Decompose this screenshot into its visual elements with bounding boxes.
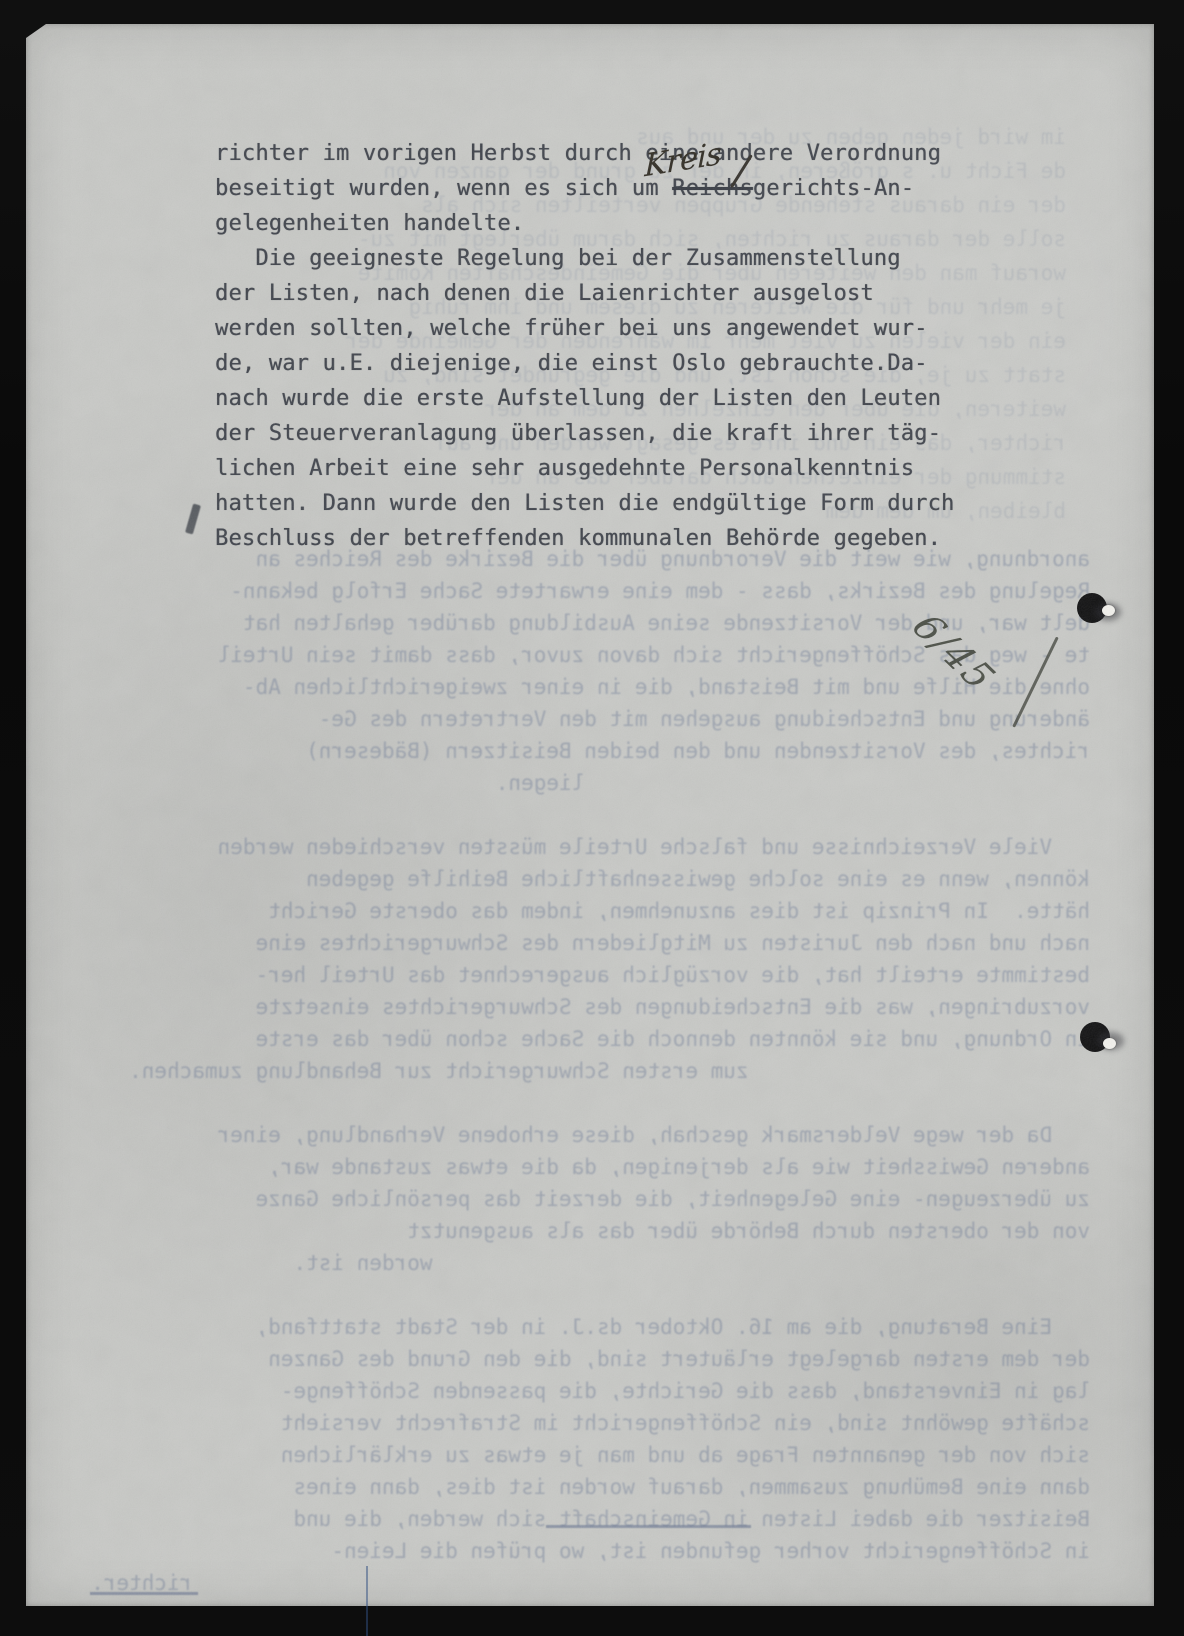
typed-line: beseitigt wurden, wenn es sich um Reichs…	[215, 171, 954, 206]
punch-hole-top	[1077, 593, 1107, 623]
scan-edge-line-artifact	[366, 1566, 368, 1636]
bleedthrough-line: richtes, des Vorsitzenden und den beiden…	[50, 735, 1090, 767]
typed-line: Beschluss der betreffenden kommunalen Be…	[215, 521, 954, 556]
bleedthrough-underline-artifact	[90, 1592, 198, 1595]
struck-word: Reichs	[672, 176, 753, 201]
bleedthrough-line: schäfte gewöhnt sind, ein Schöffengerich…	[50, 1407, 1090, 1439]
bleedthrough-line: Regelung des Bezirks, dass - dem eine er…	[50, 575, 1090, 607]
bleedthrough-line	[50, 1279, 1090, 1311]
typed-line: der Listen, nach denen die Laienrichter …	[215, 276, 954, 311]
bleedthrough-line: ohne die Hilfe und mit Beistand, die in …	[50, 671, 1090, 703]
bleedthrough-line: zum ersten Schwurgericht zur Behandlung …	[50, 1055, 1090, 1087]
bleedthrough-line: können, wenn es eine solche gewissenhaft…	[50, 863, 1090, 895]
bleedthrough-line: Viele Verzeichnisse und falsche Urteile …	[50, 831, 1090, 863]
bleedthrough-line: nach und nach den Juristen zu Mitglieder…	[50, 927, 1090, 959]
bleedthrough-line: liegen.	[50, 767, 1090, 799]
bleedthrough-line: in Ordnung, und sie könnten dennoch die …	[50, 1023, 1090, 1055]
scanned-page: im wird jeden geben zu der und ausde Fic…	[0, 0, 1184, 1636]
bleedthrough-line: hätte. In Prinzip ist dies anzunehmen, i…	[50, 895, 1090, 927]
bleedthrough-line: Eine Beratung, die am 16. Oktober ds.J. …	[50, 1311, 1090, 1343]
bleedthrough-line	[50, 1087, 1090, 1119]
typed-line: der Steuerveranlagung überlassen, die kr…	[215, 416, 954, 451]
bleedthrough-line	[50, 799, 1090, 831]
typed-line: de, war u.E. diejenige, die einst Oslo g…	[215, 346, 954, 381]
bleedthrough-line: lag in Einverstand, dass die Gerichte, d…	[50, 1375, 1090, 1407]
bleedthrough-line: richter.	[50, 1567, 1090, 1599]
typed-line: richter im vorigen Herbst durch eine and…	[215, 136, 954, 171]
typed-line: lichen Arbeit eine sehr ausgedehnte Pers…	[215, 451, 954, 486]
bleedthrough-line: vorzubringen, was die Entscheidungen des…	[50, 991, 1090, 1023]
bleedthrough-line: dann eine Bemühung zusammen, darauf word…	[50, 1471, 1090, 1503]
bleedthrough-line: Da der wege Veldersmark geschah, diese e…	[50, 1119, 1090, 1151]
typed-line: gelegenheiten handelte.	[215, 206, 954, 241]
typed-line: Die geeigneste Regelung bei der Zusammen…	[215, 241, 954, 276]
bleedthrough-underline-artifact	[546, 1525, 751, 1528]
bleedthrough-line: sich von der genannten Frage ab und man …	[50, 1439, 1090, 1471]
bleedthrough-line: worden ist.	[50, 1247, 1090, 1279]
bleedthrough-line: in Schöffengericht vorher gefunden ist, …	[50, 1535, 1090, 1567]
typed-paragraphs: richter im vorigen Herbst durch eine and…	[215, 136, 954, 556]
bleedthrough-line: änderung und Entscheidung ausgehen mit d…	[50, 703, 1090, 735]
bleedthrough-line: bestimmte erteilt hat, die vorzüglich au…	[50, 959, 1090, 991]
typed-text: beseitigt wurden, wenn es sich um	[215, 176, 672, 201]
paper-sheet: im wird jeden geben zu der und ausde Fic…	[26, 24, 1154, 1606]
typed-line: nach wurde die erste Aufstellung der Lis…	[215, 381, 954, 416]
bleedthrough-line: von der obersten durch Behörde über das …	[50, 1215, 1090, 1247]
bleedthrough-line: der dem ersten dargelegt erläutert sind,…	[50, 1343, 1090, 1375]
typed-line: werden sollten, welche früher bei uns an…	[215, 311, 954, 346]
bleedthrough-line: anderen Gewissheit wie als derjenigen, d…	[50, 1151, 1090, 1183]
bleedthrough-line: zu überzeugen- eine Gelegenheit, die der…	[50, 1183, 1090, 1215]
bleedthrough-line: Beisitzer die dabei Listen in Gemeinscha…	[50, 1503, 1090, 1535]
typed-text: gerichts-An-	[753, 176, 914, 201]
punch-hole-bottom	[1080, 1022, 1110, 1052]
bleedthrough-text-main: anordnung, wie weit die Verordnung über …	[50, 543, 1090, 1599]
typed-line: hatten. Dann wurde den Listen die endgül…	[215, 486, 954, 521]
